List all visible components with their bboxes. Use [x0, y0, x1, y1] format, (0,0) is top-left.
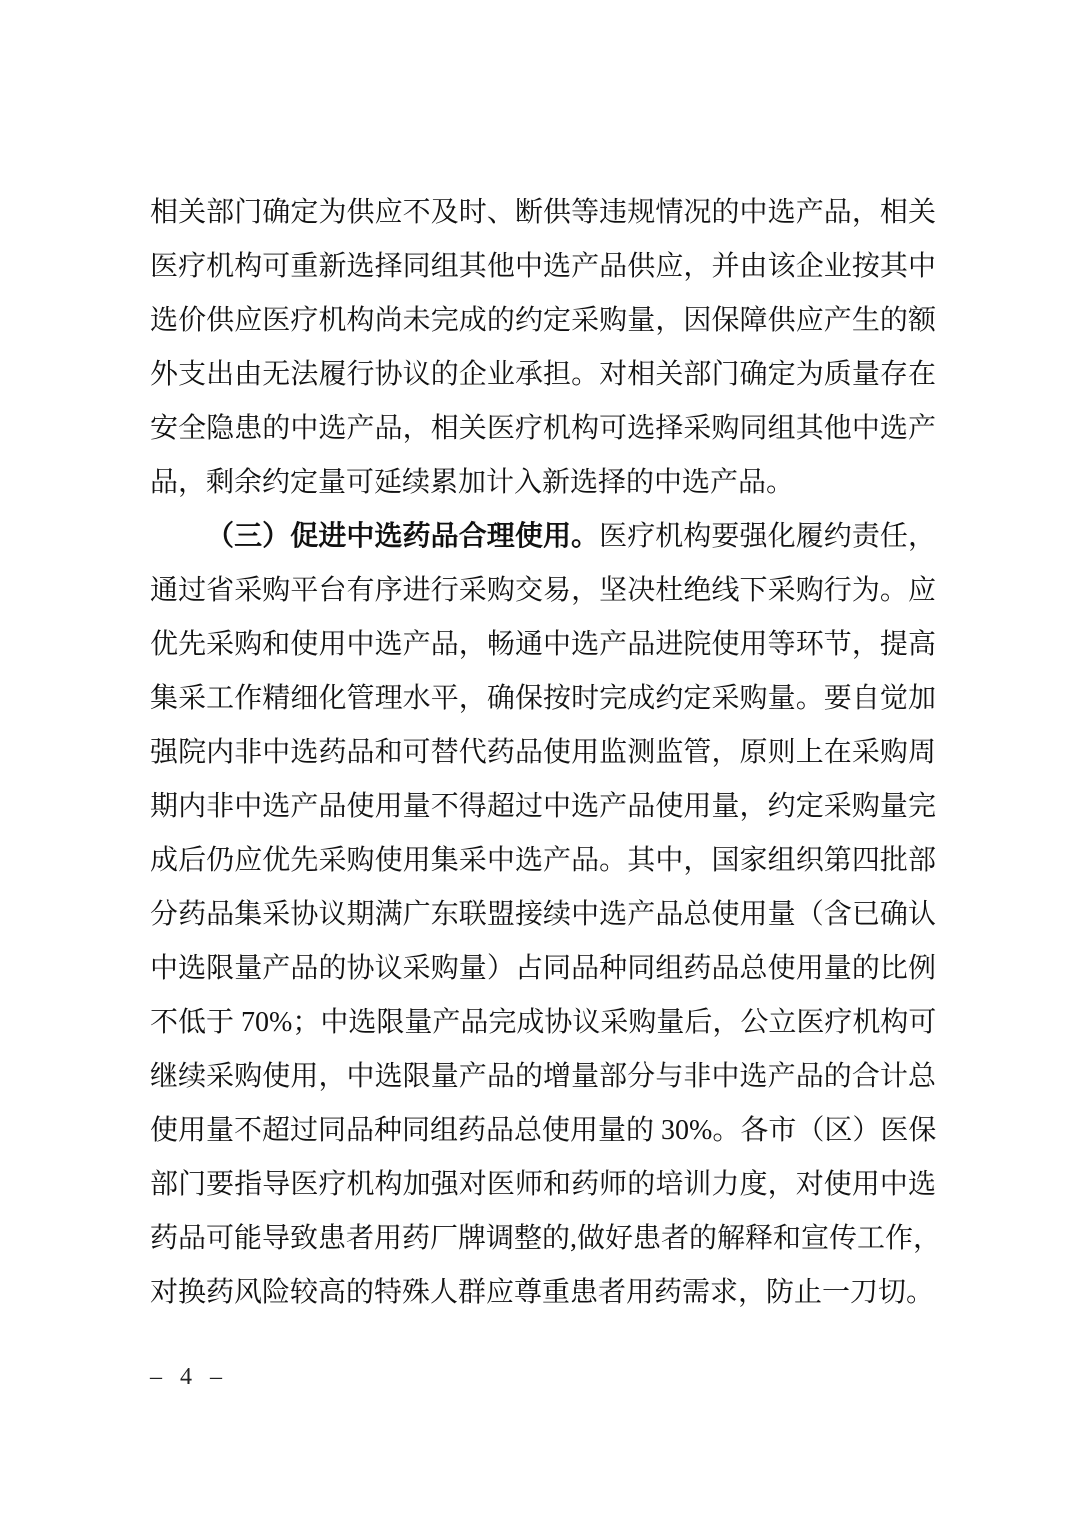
text-line: 成后仍应优先采购使用集采中选产品。其中，国家组织第四批部	[150, 834, 936, 888]
text-line: 安全隐患的中选产品，相关医疗机构可选择采购同组其他中选产	[150, 402, 936, 456]
text-line: 通过省采购平台有序进行采购交易，坚决杜绝线下采购行为。应	[150, 564, 936, 618]
text-line: 不低于 70%；中选限量产品完成协议采购量后，公立医疗机构可	[150, 996, 936, 1050]
text-line: 期内非中选产品使用量不得超过中选产品使用量，约定采购量完	[150, 780, 936, 834]
section-heading-line: （三）促进中选药品合理使用。医疗机构要强化履约责任，	[150, 510, 936, 564]
text-line: 优先采购和使用中选产品，畅通中选产品进院使用等环节，提高	[150, 618, 936, 672]
text-line: 中选限量产品的协议采购量）占同品种同组药品总使用量的比例	[150, 942, 936, 996]
section-heading: （三）促进中选药品合理使用。	[206, 521, 599, 552]
text-line: 强院内非中选药品和可替代药品使用监测监管，原则上在采购周	[150, 726, 936, 780]
text-line: 继续采购使用，中选限量产品的增量部分与非中选产品的合计总	[150, 1050, 936, 1104]
page-footer: – 4 –	[150, 1362, 228, 1392]
text-line: 集采工作精细化管理水平，确保按时完成约定采购量。要自觉加	[150, 672, 936, 726]
page-number: – 4 –	[150, 1364, 228, 1390]
text-line: 使用量不超过同品种同组药品总使用量的 30%。各市（区）医保	[150, 1104, 936, 1158]
text-line: 选价供应医疗机构尚未完成的约定采购量，因保障供应产生的额	[150, 294, 936, 348]
text-line: 品，剩余约定量可延续累加计入新选择的中选产品。	[150, 456, 936, 510]
text-line: 对换药风险较高的特殊人群应尊重患者用药需求，防止一刀切。	[150, 1266, 936, 1320]
text-line: 分药品集采协议期满广东联盟接续中选产品总使用量（含已确认	[150, 888, 936, 942]
text-line: 部门要指导医疗机构加强对医师和药师的培训力度，对使用中选	[150, 1158, 936, 1212]
text-line: 外支出由无法履行协议的企业承担。对相关部门确定为质量存在	[150, 348, 936, 402]
text-line: 医疗机构可重新选择同组其他中选产品供应，并由该企业按其中	[150, 240, 936, 294]
text-line: 相关部门确定为供应不及时、断供等违规情况的中选产品，相关	[150, 186, 936, 240]
text-line: 药品可能导致患者用药厂牌调整的,做好患者的解释和宣传工作，	[150, 1212, 936, 1266]
text-line: 医疗机构要强化履约责任，	[599, 521, 936, 552]
document-page: 相关部门确定为供应不及时、断供等违规情况的中选产品，相关 医疗机构可重新选择同组…	[0, 0, 1074, 1520]
document-body: 相关部门确定为供应不及时、断供等违规情况的中选产品，相关 医疗机构可重新选择同组…	[150, 186, 936, 1320]
